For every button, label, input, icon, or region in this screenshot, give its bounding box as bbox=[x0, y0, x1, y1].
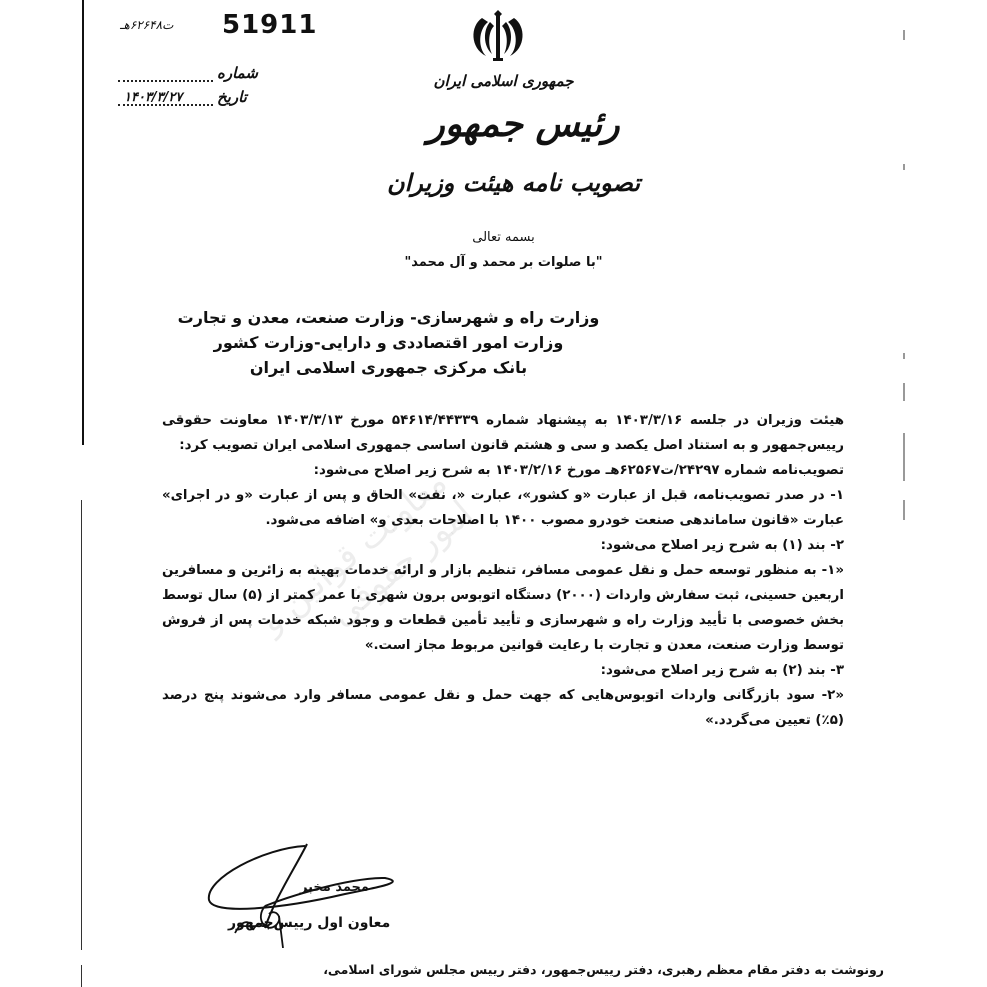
page-edge-line bbox=[81, 965, 82, 987]
recipients-block: وزارت راه و شهرسازی- وزارت صنعت، معدن و … bbox=[0, 305, 987, 380]
punch-mark bbox=[903, 30, 905, 40]
recipient-line: وزارت راه و شهرسازی- وزارت صنعت، معدن و … bbox=[0, 305, 987, 330]
recipient-line: بانک مرکزی جمهوری اسلامی ایران bbox=[0, 355, 987, 380]
page-edge-line bbox=[81, 500, 82, 950]
header-republic: جمهوری اسلامی ایران bbox=[0, 72, 987, 90]
punch-mark bbox=[903, 500, 905, 520]
recipient-line: وزارت امور اقتصاددی و دارایی-وزارت کشور bbox=[0, 330, 987, 355]
signer-title: معاون اول رییس‌جمهور bbox=[228, 915, 390, 931]
document-reference: ت۶۲۶۴۸هـ bbox=[120, 18, 173, 32]
header-subtitle: تصویب نامه هیئت وزیران bbox=[0, 168, 987, 197]
iran-emblem-icon bbox=[468, 8, 528, 64]
header-president: رئیس جمهور bbox=[0, 103, 987, 145]
decree-body: هیئت وزیران در جلسه ۱۴۰۳/۳/۱۶ به پیشنهاد… bbox=[162, 408, 884, 733]
punch-mark bbox=[903, 383, 905, 401]
item-2-text: «۱- به منظور توسعه حمل و نقل عمومی مسافر… bbox=[162, 558, 884, 658]
item-3-title: ۳- بند (۲) به شرح زیر اصلاح می‌شود: bbox=[162, 658, 884, 683]
punch-mark bbox=[903, 433, 905, 481]
item-3-text: «۲- سود بازرگانی واردات اتوبوس‌هایی که ج… bbox=[162, 683, 884, 733]
cc-line: رونوشت به دفتر مقام معظم رهبری، دفتر ریی… bbox=[162, 962, 884, 977]
amend-intro: تصویب‌نامه شماره ۲۴۲۹۷/ت۶۲۵۶۷هـ مورخ ۱۴۰… bbox=[162, 458, 884, 483]
salavat: "با صلوات بر محمد و آل محمد" bbox=[0, 255, 987, 270]
basmala: بسمه تعالی bbox=[0, 230, 987, 245]
item-2-title: ۲- بند (۱) به شرح زیر اصلاح می‌شود: bbox=[162, 533, 884, 558]
item-1: ۱- در صدر تصویب‌نامه، قبل از عبارت «و کش… bbox=[162, 483, 884, 533]
signer-name: محمد مخبر bbox=[300, 880, 369, 895]
document-serial-number: 51911 bbox=[222, 10, 317, 40]
intro-paragraph: هیئت وزیران در جلسه ۱۴۰۳/۳/۱۶ به پیشنهاد… bbox=[162, 408, 884, 458]
